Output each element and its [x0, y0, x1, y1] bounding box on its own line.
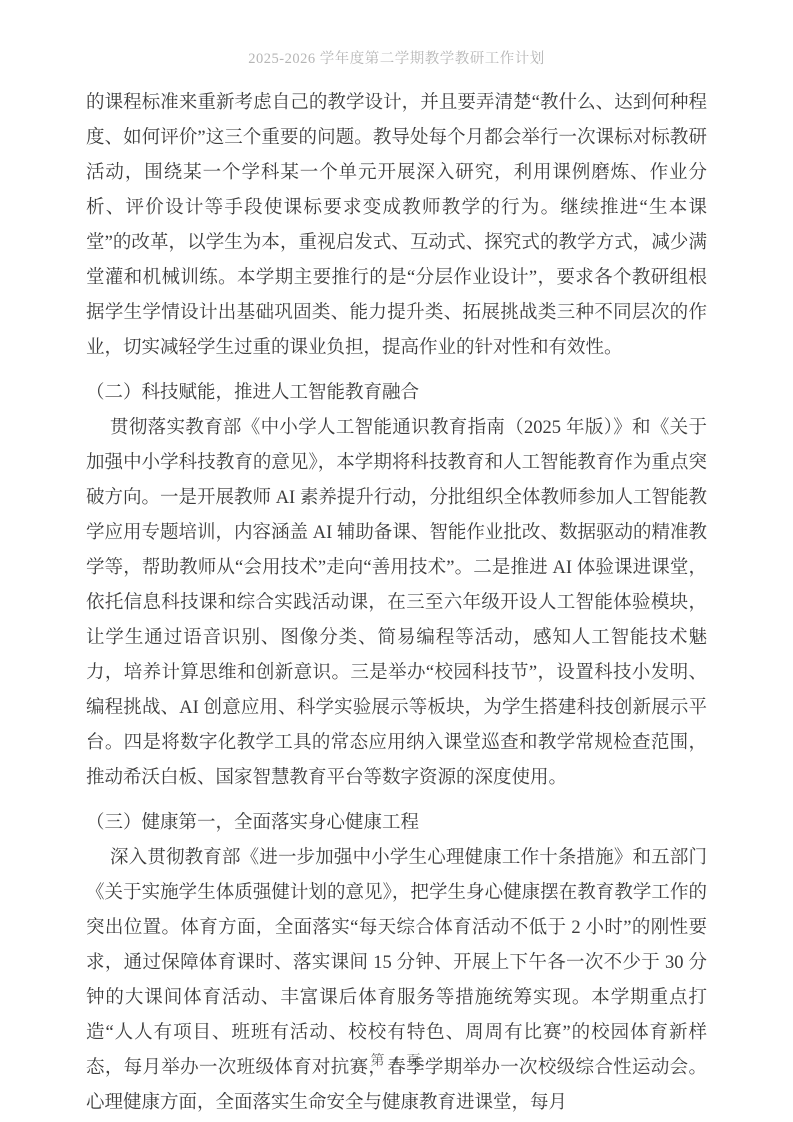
footer-page-number: 第 4 页: [0, 1050, 793, 1070]
body-paragraph-science-tech: 贯彻落实教育部《中小学人工智能通识教育指南（2025 年版）》和《关于加强中小学…: [86, 411, 707, 796]
document-body: 的课程标准来重新考虑自己的教学设计，并且要弄清楚“教什么、达到何种程度、如何评价…: [86, 86, 707, 1121]
section-heading-3: （三）健康第一，全面落实身心健康工程: [86, 806, 707, 841]
document-page: 2025-2026 学年度第二学期教学教研工作计划 的课程标准来重新考虑自己的教…: [0, 0, 793, 1122]
section-heading-2: （二）科技赋能，推进人工智能教育融合: [86, 376, 707, 411]
header-running-title: 2025-2026 学年度第二学期教学教研工作计划: [0, 47, 793, 68]
body-paragraph-continuation: 的课程标准来重新考虑自己的教学设计，并且要弄清楚“教什么、达到何种程度、如何评价…: [86, 86, 707, 366]
body-paragraph-health: 深入贯彻教育部《进一步加强中小学生心理健康工作十条措施》和五部门《关于实施学生体…: [86, 841, 707, 1121]
